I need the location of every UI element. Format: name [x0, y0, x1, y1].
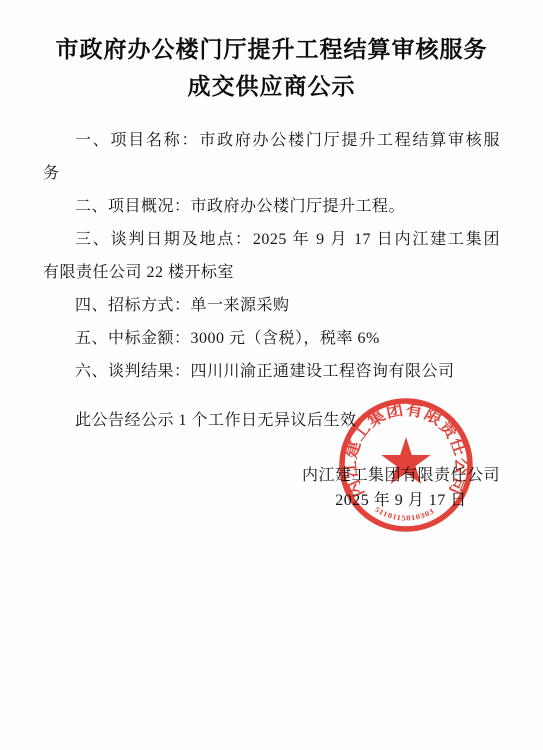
document-body: 一、项目名称：市政府办公楼门厅提升工程结算审核服 务 二、项目概况：市政府办公楼…: [0, 124, 543, 388]
signature-date: 2025 年 9 月 17 日: [302, 488, 500, 513]
body-line-project-name-wrap: 务: [43, 157, 500, 190]
body-line-award-amount: 五、中标金额：3000 元（含税），税率 6%: [43, 322, 500, 355]
body-line-negotiation-date-wrap: 有限责任公司 22 楼开标室: [43, 256, 500, 289]
validity-note: 此公告经公示 1 个工作日无异议后生效: [0, 404, 543, 437]
title-line-2: 成交供应商公示: [40, 68, 503, 105]
body-line-negotiation-result: 六、谈判结果：四川川渝正通建设工程咨询有限公司: [43, 355, 500, 388]
title-line-1: 市政府办公楼门厅提升工程结算审核服务: [40, 31, 503, 68]
body-line-project-name: 一、项目名称：市政府办公楼门厅提升工程结算审核服: [43, 124, 500, 157]
body-line-negotiation-date: 三、谈判日期及地点：2025 年 9 月 17 日内江建工集团: [43, 223, 500, 256]
signature-company: 内江建工集团有限责任公司: [302, 463, 500, 488]
announcement-page: 市政府办公楼门厅提升工程结算审核服务 成交供应商公示 一、项目名称：市政府办公楼…: [0, 0, 543, 750]
body-line-project-overview: 二、项目概况：市政府办公楼门厅提升工程。: [43, 190, 500, 223]
signature-block: 内江建工集团有限责任公司 2025 年 9 月 17 日: [302, 463, 500, 513]
page-title: 市政府办公楼门厅提升工程结算审核服务 成交供应商公示: [0, 31, 543, 105]
body-line-bidding-method: 四、招标方式：单一来源采购: [43, 289, 500, 322]
